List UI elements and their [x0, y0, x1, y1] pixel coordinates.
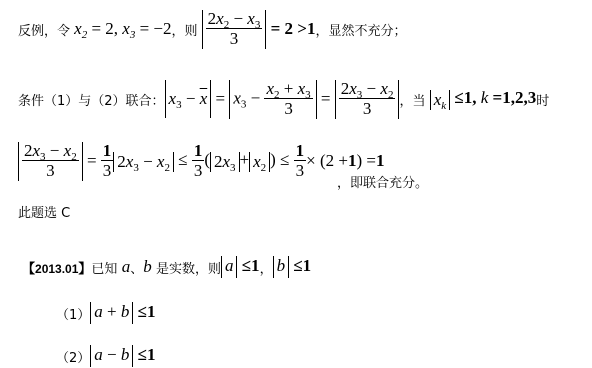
abs-fraction: 2x2 − x33 [202, 10, 267, 49]
derivation-line: 2x3 − x23 = 13 2x3 − x2 ≤ 13 (2x3+x2) ≤ … [18, 136, 385, 186]
bound-condition: xk ≤1, k =1,2,3 [425, 88, 536, 109]
then-label: ，则 [172, 20, 202, 39]
one-third: 13 [101, 142, 114, 181]
abs-fraction-3: 2x3 − x23 [18, 142, 83, 181]
time-label: 时 [536, 90, 549, 109]
claim-b: b ≤1 [273, 256, 312, 278]
counterexample-prefix: 反例，令 [18, 20, 74, 39]
counterexample-line: 反例，令 x2 = 2, x3 = −2 ，则 2x2 − x33 = 2 >1… [18, 8, 406, 50]
assignment-x2: x2 [74, 19, 87, 39]
answer-line: 此题选 C [18, 202, 70, 221]
condition-2: （2） a − b ≤1 [56, 341, 155, 368]
step2: (2x3+x2) ≤ [204, 150, 293, 171]
step1: 2x3 − x2 ≤ [113, 150, 192, 171]
problem-tag: 【2013.01】 [22, 258, 91, 277]
joint-condition-line: 条件（1）与（2）联合： x3 − x = x3 − x2 + x33 = 2x… [18, 74, 549, 124]
step3: × (2 +1) =1 [306, 151, 384, 171]
var-a: a [117, 257, 130, 277]
derivation-suffix: ，即联合充分。 [337, 172, 428, 191]
result-value: = 2 >1 [266, 19, 315, 39]
problem-stem: 【2013.01】 已知 a 、 b 是实数，则 a ≤1 ， b ≤1 [22, 252, 311, 282]
claim-a: a ≤1 [221, 256, 260, 278]
abs-fraction-2: 2x3 − x23 [335, 80, 400, 119]
abs-x3-minus-mean: x3 − x [165, 80, 212, 118]
condition-1: （1） a + b ≤1 [56, 298, 155, 328]
assignment-x3: x3 [122, 19, 135, 39]
var-b: b [143, 257, 156, 277]
when-label: 当 [412, 90, 425, 109]
abs-x3-minus-fraction: x3 − x2 + x33 [229, 80, 316, 119]
joint-prefix: 条件（1）与（2）联合： [18, 90, 165, 109]
counterexample-suffix: ，显然不充分； [315, 20, 406, 39]
